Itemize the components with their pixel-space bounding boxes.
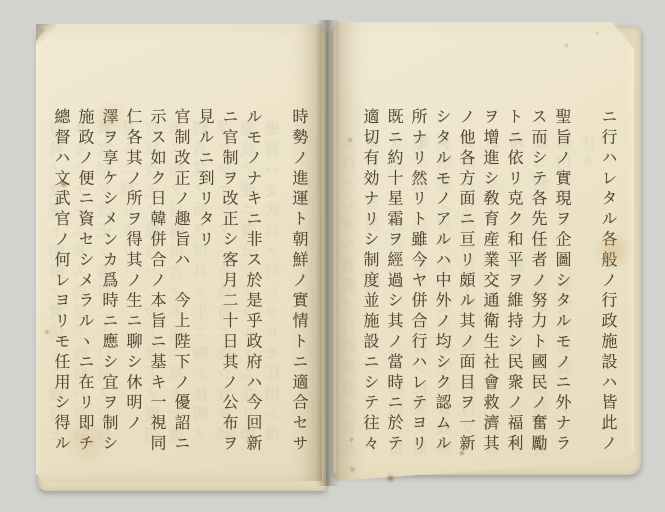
text-column: 澤ヲ享ケシメンカ爲時ニ應シ宜ヲ制シ — [97, 108, 121, 464]
page-left: 時勢ノ進運ト朝鮮ノ實情トニ適合セサルモノナキニ非ス於是乎政府ハ今回新ニ官制ヲ改正… — [36, 24, 322, 481]
page-left-text: 時勢ノ進運ト朝鮮ノ實情トニ適合セサルモノナキニ非ス於是乎政府ハ今回新ニ官制ヲ改正… — [49, 108, 311, 464]
foxing-spot — [515, 440, 520, 445]
text-column: ニ官制ヲ改正シ客月二十日其ノ公布ヲ — [217, 108, 241, 464]
page-right: ニ行ハレタル各般ノ行政施設ハ皆此ノ聖旨ノ實現ヲ企圖シタルモノニ外ナラス而シテ各先… — [336, 22, 634, 482]
foxing-spot — [595, 31, 599, 35]
foxing-spot — [386, 474, 395, 483]
foxing-spot — [347, 137, 353, 143]
text-column: 示ス如ク日韓併合ノ本旨ニ基キ一視同 — [145, 108, 169, 464]
text-column: 所ナリ然リト雖今ヤ併合行ハレテヨリ — [406, 108, 430, 464]
text-column: シタルモノアルハ中外ノ均シク認ムル — [430, 108, 454, 464]
text-column: ヲ增進シ敎育産業交通衛生社會救濟其 — [478, 108, 502, 464]
foxing-spot — [44, 329, 50, 335]
text-column: トニ依リ克ク和平ヲ維持シ民衆ノ福利 — [502, 108, 526, 464]
foxing-spot — [459, 450, 465, 456]
age-stain — [90, 100, 130, 136]
text-column: 總督ハ文武官ノ何レヨリモ任用シ得ル — [49, 108, 73, 464]
text-column: 聖旨ノ實現ヲ企圖シタルモノニ外ナラ — [550, 108, 574, 464]
text-column: ルモノナキニ非ス於是乎政府ハ今回新 — [241, 108, 265, 464]
foxing-spot — [60, 180, 68, 188]
foxing-spot — [349, 466, 356, 473]
text-column: 既ニ約十星霜ヲ經過シ其ノ當時ニ於テ — [382, 108, 406, 464]
page-right-text: ニ行ハレタル各般ノ行政施設ハ皆此ノ聖旨ノ實現ヲ企圖シタルモノニ外ナラス而シテ各先… — [358, 108, 620, 464]
text-column: ノ他各方面ニ亘リ頗ル其ノ面目ヲ一新 — [454, 108, 478, 464]
foxing-spot — [564, 43, 569, 48]
text-column: 仁各其ノ所ヲ得其ノ生ニ聊シ休明ノ — [121, 108, 145, 464]
text-column: 見ルニ到リタリ — [193, 108, 217, 464]
text-column: ス而シテ各先任者ノ努力ト國民ノ奮勵 — [526, 108, 550, 464]
text-column: 官制改正ノ趣旨ハ 今上陛下ノ優詔ニ — [169, 108, 193, 464]
foxing-spot — [349, 437, 354, 442]
text-column: 施政ノ便ニ資セシメラルヽニ在リ即チ — [73, 108, 97, 464]
text-column: ニ行ハレタル各般ノ行政施設ハ皆此ノ — [596, 108, 620, 464]
corner-crease — [36, 24, 56, 44]
center-fold — [316, 20, 340, 486]
text-column: 適切有効ナリシ制度並施設ニシテ往々 — [358, 108, 382, 464]
age-stain — [595, 228, 631, 272]
text-column: 時勢ノ進運ト朝鮮ノ實情トニ適合セサ — [287, 108, 311, 464]
age-stain — [60, 420, 115, 465]
photo-background: 時勢ノ進運ト朝鮮ノ實情トニ適合セサルモノナキニ非ス於是乎政府ハ今回新ニ官制ヲ改正… — [0, 0, 665, 512]
